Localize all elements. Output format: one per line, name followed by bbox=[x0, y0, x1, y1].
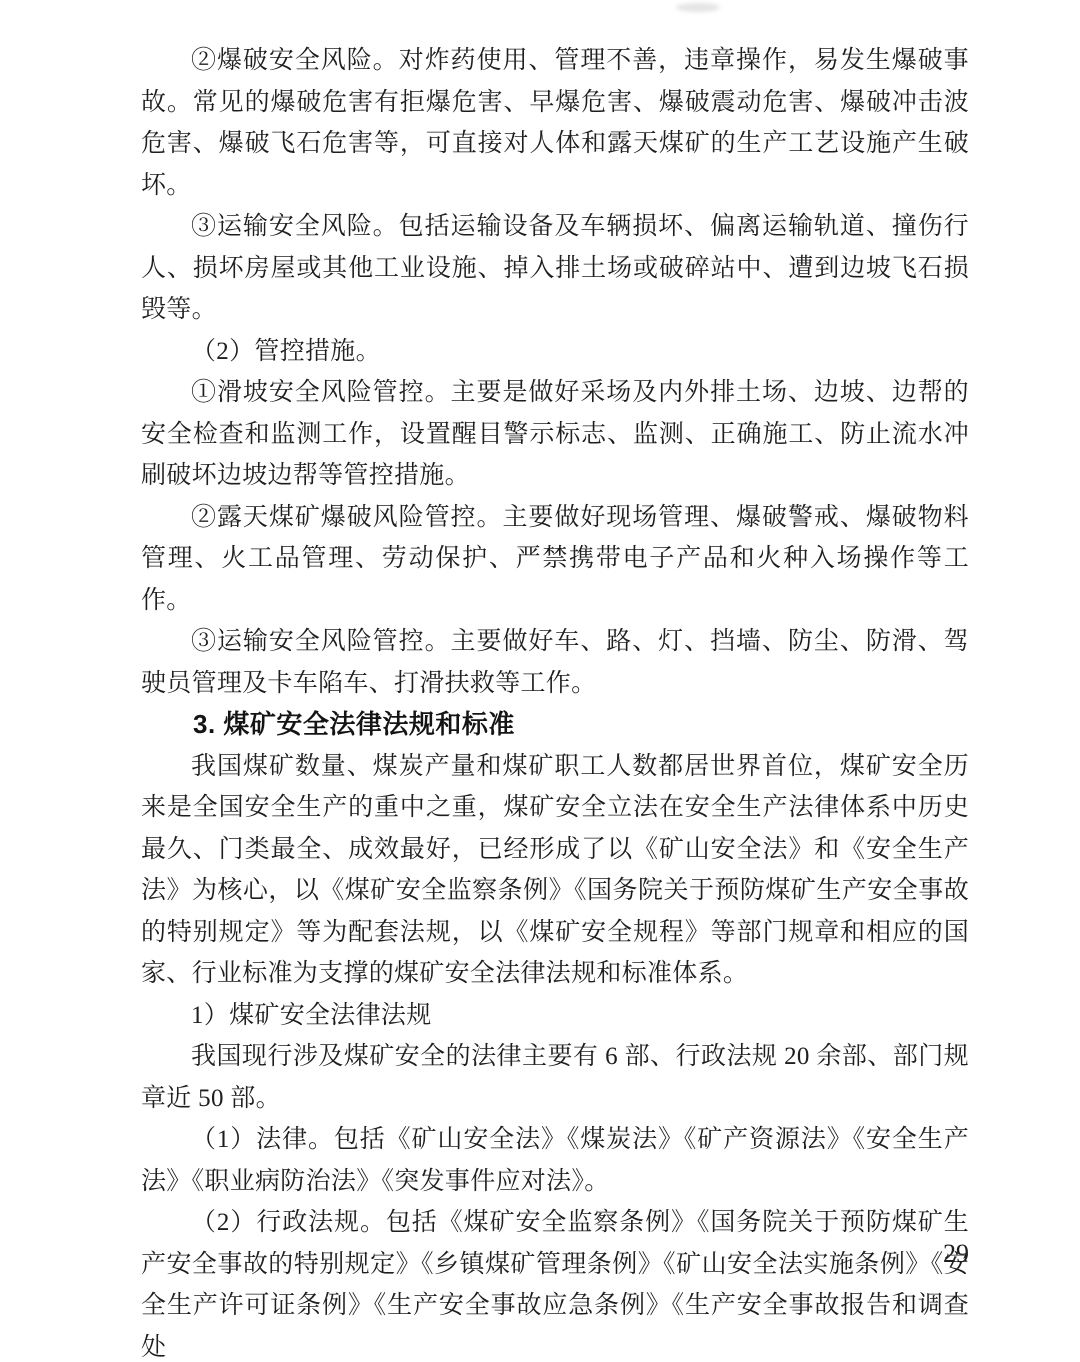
paragraph: 我国现行涉及煤矿安全的法律主要有 6 部、行政法规 20 余部、部门规章近 50… bbox=[141, 1036, 969, 1119]
paragraph: ③运输安全风险管控。主要做好车、路、灯、挡墙、防尘、防滑、驾驶员管理及卡车陷车、… bbox=[141, 621, 969, 704]
paragraph: （2）行政法规。包括《煤矿安全监察条例》《国务院关于预防煤矿生产安全事故的特别规… bbox=[141, 1202, 969, 1362]
page-number: 29 bbox=[141, 1238, 969, 1270]
paragraph: （1）法律。包括《矿山安全法》《煤炭法》《矿产资源法》《安全生产法》《职业病防治… bbox=[141, 1119, 969, 1202]
paragraph: 1）煤矿安全法律法规 bbox=[141, 995, 969, 1037]
paragraph: ②爆破安全风险。对炸药使用、管理不善，违章操作，易发生爆破事故。常见的爆破危害有… bbox=[141, 40, 969, 206]
paragraph: （2）管控措施。 bbox=[141, 331, 969, 373]
paragraph: ①滑坡安全风险管控。主要是做好采场及内外排土场、边坡、边帮的安全检查和监测工作，… bbox=[141, 372, 969, 497]
document-page: ②爆破安全风险。对炸药使用、管理不善，违章操作，易发生爆破事故。常见的爆破危害有… bbox=[0, 0, 1080, 1362]
page-content: ②爆破安全风险。对炸药使用、管理不善，违章操作，易发生爆破事故。常见的爆破危害有… bbox=[141, 40, 969, 1362]
paragraph: ③运输安全风险。包括运输设备及车辆损坏、偏离运输轨道、撞伤行人、损坏房屋或其他工… bbox=[141, 206, 969, 331]
scan-smudge-mark bbox=[676, 3, 720, 12]
section-heading: 3. 煤矿安全法律法规和标准 bbox=[141, 704, 969, 746]
paragraph: 我国煤矿数量、煤炭产量和煤矿职工人数都居世界首位，煤矿安全历来是全国安全生产的重… bbox=[141, 746, 969, 995]
paragraph: ②露天煤矿爆破风险管控。主要做好现场管理、爆破警戒、爆破物料管理、火工品管理、劳… bbox=[141, 497, 969, 622]
